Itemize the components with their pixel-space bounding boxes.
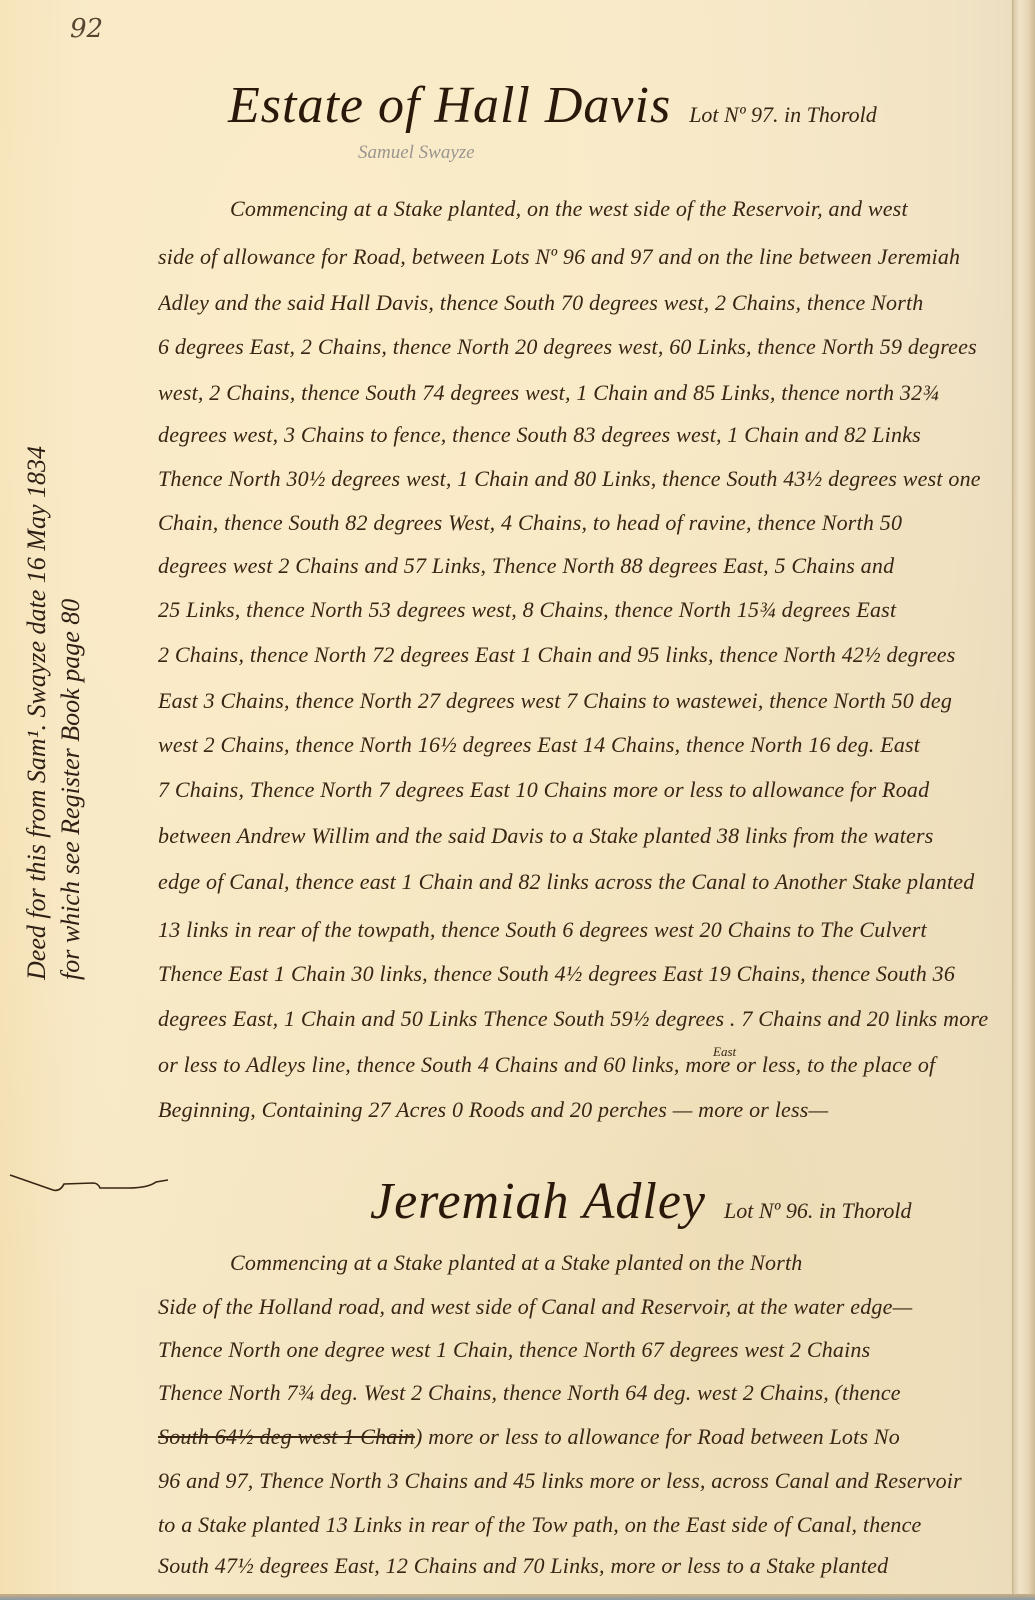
struck-text: South 64½ deg west 1 Chain [158, 1424, 415, 1449]
text-line: west 2 Chains, thence North 16½ degrees … [158, 732, 1003, 758]
margin-note-line: Deed for this from Sam¹. Swayze date 16 … [20, 446, 54, 980]
text-line: to a Stake planted 13 Links in rear of t… [158, 1512, 1003, 1538]
text-line: Thence North 30½ degrees west, 1 Chain a… [158, 466, 1003, 492]
text-line: between Andrew Willim and the said Davis… [158, 823, 1003, 849]
margin-note-line: for which see Register Book page 80 [54, 446, 88, 980]
text-line: South 47½ degrees East, 12 Chains and 70… [158, 1553, 1003, 1579]
margin-squiggle-icon [8, 1170, 168, 1200]
text-line: East 3 Chains, thence North 27 degrees w… [158, 688, 1003, 714]
margin-note: Deed for this from Sam¹. Swayze date 16 … [20, 446, 88, 980]
line-continuation: ) more or less to allowance for Road bet… [415, 1424, 900, 1449]
text-line: Thence North one degree west 1 Chain, th… [158, 1337, 1003, 1363]
text-line: edge of Canal, thence east 1 Chain and 8… [158, 869, 1003, 895]
entry-lot: Lot Nº 96. in Thorold [724, 1198, 912, 1223]
text-line: Thence North 7¾ deg. West 2 Chains, then… [158, 1380, 1003, 1406]
text-line: 13 links in rear of the towpath, thence … [158, 917, 1003, 943]
page-number: 92 [70, 14, 103, 44]
text-line: degrees East, 1 Chain and 50 Links Thenc… [158, 1006, 1003, 1032]
text-line: degrees west 2 Chains and 57 Links, Then… [158, 553, 1003, 579]
text-line: Chain, thence South 82 degrees West, 4 C… [158, 510, 1003, 536]
ledger-page: 92 Estate of Hall Davis Lot Nº 97. in Th… [0, 0, 1035, 1600]
entry-title: Estate of Hall Davis [228, 77, 671, 134]
text-line: Adley and the said Hall Davis, thence So… [158, 290, 1003, 316]
text-line: Thence East 1 Chain 30 links, thence Sou… [158, 961, 1003, 987]
text-line: Commencing at a Stake planted at a Stake… [230, 1250, 1005, 1276]
text-line: 7 Chains, Thence North 7 degrees East 10… [158, 777, 1003, 803]
text-line: Side of the Holland road, and west side … [158, 1294, 1003, 1320]
entry-heading-jeremiah-adley: Jeremiah Adley Lot Nº 96. in Thorold [370, 1172, 912, 1231]
text-line: Beginning, Containing 27 Acres 0 Roods a… [158, 1097, 1003, 1123]
entry-title: Jeremiah Adley [370, 1173, 706, 1230]
entry-heading-hall-davis: Estate of Hall Davis Lot Nº 97. in Thoro… [228, 76, 877, 135]
text-line: 2 Chains, thence North 72 degrees East 1… [158, 642, 1003, 668]
page-edge [1012, 0, 1035, 1600]
text-line: 6 degrees East, 2 Chains, thence North 2… [158, 334, 1003, 360]
text-line: 25 Links, thence North 53 degrees west, … [158, 597, 1003, 623]
text-line: South 64½ deg west 1 Chain) more or less… [158, 1424, 1003, 1450]
text-line: west, 2 Chains, thence South 74 degrees … [158, 380, 1003, 406]
entry-lot: Lot Nº 97. in Thorold [689, 102, 877, 127]
text-line: degrees west, 3 Chains to fence, thence … [158, 422, 1003, 448]
page-bottom-shadow [0, 1594, 1035, 1600]
text-line: Commencing at a Stake planted, on the we… [230, 196, 1005, 222]
text-line: or less to Adleys line, thence South 4 C… [158, 1052, 1003, 1078]
pencil-annotation: Samuel Swayze [358, 142, 475, 164]
text-line: side of allowance for Road, between Lots… [158, 244, 1003, 270]
text-line: 96 and 97, Thence North 3 Chains and 45 … [158, 1468, 1003, 1494]
